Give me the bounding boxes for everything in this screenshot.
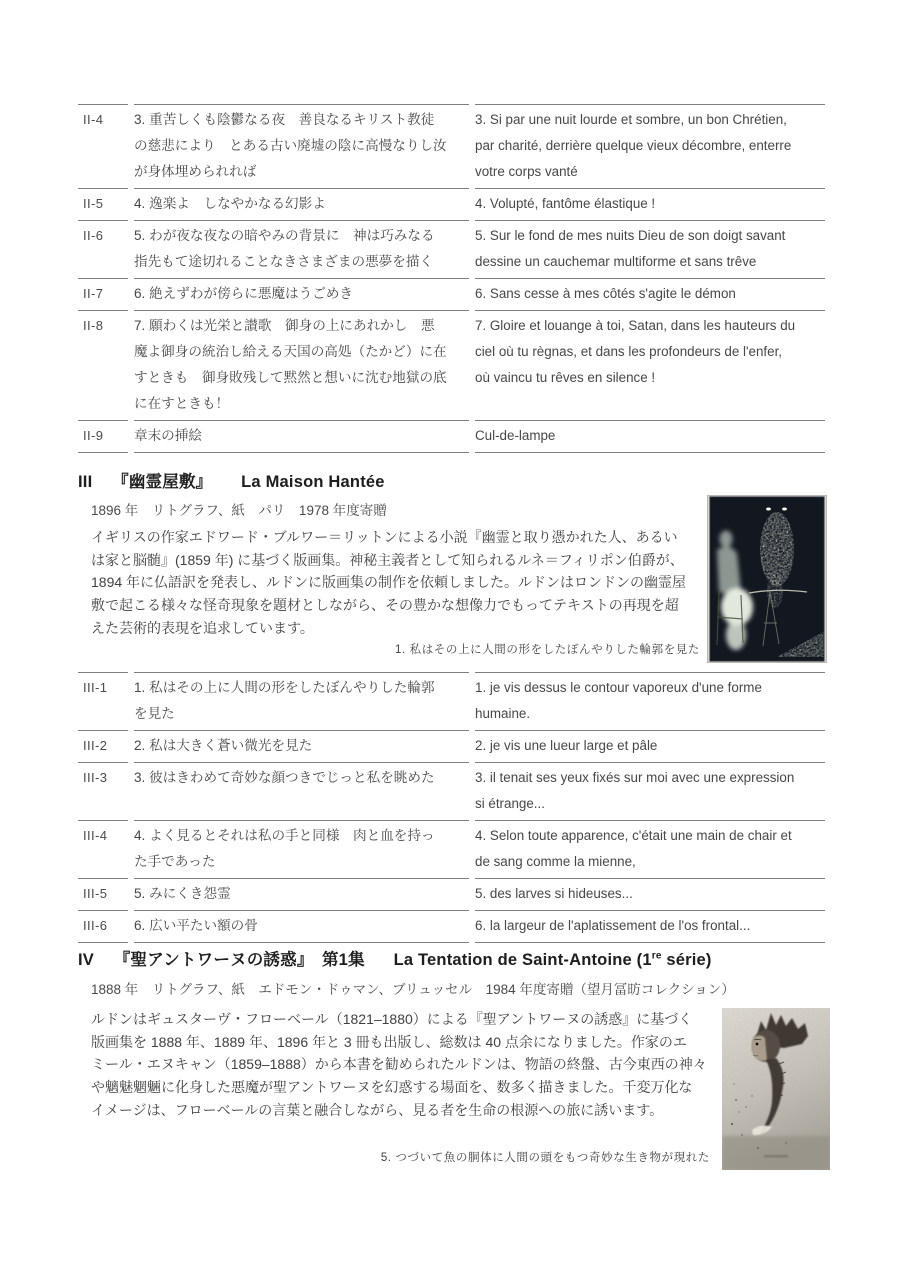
row-title-french: 4. Selon toute apparence, c'était une ma… [475,820,825,878]
table-row: II-5 4. 逸楽よ しなやかなる幻影よ 4. Volupté, fantôm… [78,188,825,220]
row-title-japanese: 4. 逸楽よ しなやかなる幻影よ [134,188,469,220]
table-row: II-9 章末の挿絵 Cul-de-lampe [78,420,825,452]
section-3-heading: III 『幽霊屋敷』 La Maison Hantée [78,468,385,492]
row-title-japanese: 3. 彼はきわめて奇妙な顔つきでじっと私を眺めた [134,762,469,820]
row-title-french: 3. il tenait ses yeux fixés sur moi avec… [475,762,825,820]
row-catalog-number: III-2 [78,730,128,762]
table-row: II-4 3. 重苦しくも陰鬱なる夜 善良なるキリスト教徒 の慈悲により とある… [78,104,825,188]
row-catalog-number: II-6 [78,220,128,278]
section-4-title-french: La Tentation de Saint-Antoine (1re série… [394,951,712,969]
row-title-japanese: 5. わが夜な夜なの暗やみの背景に 神は巧みなる 指先もて途切れることなきさまざ… [134,220,469,278]
row-title-japanese: 7. 願わくは光栄と讃歌 御身の上にあれかし 悪 魔よ御身の統治し給える天国の高… [134,310,469,420]
row-title-japanese: 6. 絶えずわが傍らに悪魔はうごめき [134,278,469,310]
section-3-credit-line: 1896 年 リトグラフ、紙 パリ 1978 年度寄贈 [91,499,387,519]
section-4-image-caption: 5. つづいて魚の胴体に人間の頭をもつ奇妙な生き物が現れた [90,1149,710,1165]
row-catalog-number: III-5 [78,878,128,910]
table-row: III-6 6. 広い平たい額の骨 6. la largeur de l'apl… [78,910,825,942]
table-row: III-5 5. みにくき怨霊 5. des larves si hideuse… [78,878,825,910]
section-3-number: III [78,473,92,491]
section-4-credit-line: 1888 年 リトグラフ、紙 エドモン・ドゥマン、ブリュッセル 1984 年度寄… [91,978,735,998]
table-row: III-2 2. 私は大きく蒼い微光を見た 2. je vis une lueu… [78,730,825,762]
catalog-table-chapter-3: III-1 1. 私はその上に人間の形をしたぼんやりした輪郭 を見た 1. je… [78,672,825,943]
section-3-title-french: La Maison Hantée [241,473,384,491]
artwork-saint-antoine-image [722,1008,830,1170]
table-row: III-4 4. よく見るとそれは私の手と同様 肉と血を持っ た手であった 4.… [78,820,825,878]
row-catalog-number: III-1 [78,672,128,730]
row-title-french: 7. Gloire et louange à toi, Satan, dans … [475,310,825,420]
section-4-title-japanese: 『聖アントワーヌの誘惑』 第1集 [114,951,365,969]
table-bottom-rule [78,452,825,453]
row-title-japanese: 3. 重苦しくも陰鬱なる夜 善良なるキリスト教徒 の慈悲により とある古い廃墟の… [134,104,469,188]
row-catalog-number: II-4 [78,104,128,188]
row-catalog-number: III-6 [78,910,128,942]
row-title-japanese: 1. 私はその上に人間の形をしたぼんやりした輪郭 を見た [134,672,469,730]
table-bottom-rule [78,942,825,943]
table-row: III-1 1. 私はその上に人間の形をしたぼんやりした輪郭 を見た 1. je… [78,672,825,730]
row-title-french: 6. la largeur de l'aplatissement de l'os… [475,910,825,942]
row-title-french: 1. je vis dessus le contour vaporeux d'u… [475,672,825,730]
row-title-french: 6. Sans cesse à mes côtés s'agite le dém… [475,278,825,310]
row-catalog-number: III-3 [78,762,128,820]
row-title-french: 5. des larves si hideuses... [475,878,825,910]
section-4-heading: IV 『聖アントワーヌの誘惑』 第1集 La Tentation de Sain… [78,946,712,970]
section-3-image-caption: 1. 私はその上に人間の形をしたぼんやりした輪郭を見た [90,641,700,657]
row-title-japanese: 4. よく見るとそれは私の手と同様 肉と血を持っ た手であった [134,820,469,878]
table-row: II-8 7. 願わくは光栄と讃歌 御身の上にあれかし 悪 魔よ御身の統治し給え… [78,310,825,420]
table-row: II-7 6. 絶えずわが傍らに悪魔はうごめき 6. Sans cesse à … [78,278,825,310]
row-title-japanese: 2. 私は大きく蒼い微光を見た [134,730,469,762]
row-title-french: 2. je vis une lueur large et pâle [475,730,825,762]
row-catalog-number: III-4 [78,820,128,878]
row-catalog-number: II-5 [78,188,128,220]
artwork-la-maison-hantee-image [707,495,827,663]
row-title-japanese: 6. 広い平たい額の骨 [134,910,469,942]
section-4-description: ルドンはギュスターヴ・フローベール（1821–1880）による『聖アントワーヌの… [91,1008,721,1122]
row-catalog-number: II-8 [78,310,128,420]
row-title-japanese: 5. みにくき怨霊 [134,878,469,910]
row-catalog-number: II-7 [78,278,128,310]
row-catalog-number: II-9 [78,420,128,452]
row-title-french: 4. Volupté, fantôme élastique ! [475,188,825,220]
table-row: II-6 5. わが夜な夜なの暗やみの背景に 神は巧みなる 指先もて途切れること… [78,220,825,278]
row-title-french: 3. Si par une nuit lourde et sombre, un … [475,104,825,188]
document-page: II-4 3. 重苦しくも陰鬱なる夜 善良なるキリスト教徒 の慈悲により とある… [0,0,906,1280]
catalog-table-chapter-2: II-4 3. 重苦しくも陰鬱なる夜 善良なるキリスト教徒 の慈悲により とある… [78,104,825,453]
row-title-french: Cul-de-lampe [475,420,825,452]
section-3-description: イギリスの作家エドワード・ブルワー＝リットンによる小説『幽霊と取り憑かれた人、あ… [91,526,713,640]
row-title-japanese: 章末の挿絵 [134,420,469,452]
row-title-french: 5. Sur le fond de mes nuits Dieu de son … [475,220,825,278]
table-row: III-3 3. 彼はきわめて奇妙な顔つきでじっと私を眺めた 3. il ten… [78,762,825,820]
section-3-title-japanese: 『幽霊屋敷』 [112,473,212,491]
section-4-number: IV [78,951,94,969]
